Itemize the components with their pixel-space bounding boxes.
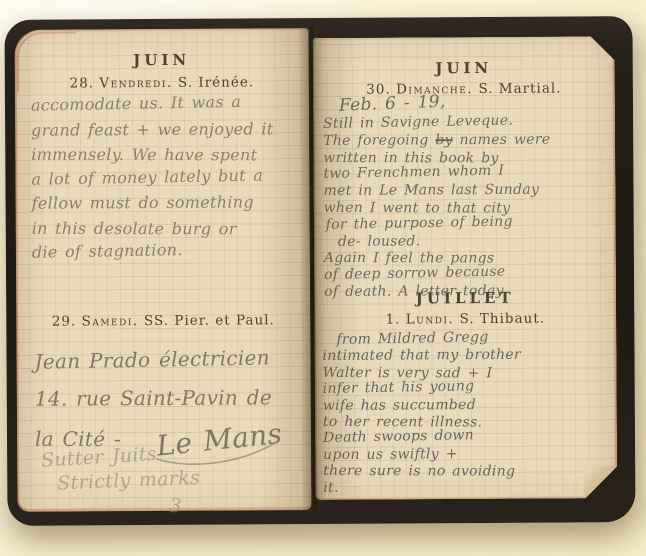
handwriting-line: of deep sorrow because: [324, 263, 552, 284]
handwriting-fragment: names were: [453, 131, 551, 148]
struck-out-word: by: [435, 132, 453, 148]
diary-book: JUIN 28. Vendredi. S. Irénée. accomodate…: [4, 16, 635, 526]
photo-background: JUIN 28. Vendredi. S. Irénée. accomodate…: [0, 0, 646, 556]
day-number: 1.: [386, 312, 401, 328]
saint-name: S. Thibaut.: [459, 311, 545, 328]
diary-page-right: JUIN 30. Dimanche. S. Martial. Feb. 6 - …: [313, 36, 618, 500]
day-name: Samedi.: [82, 313, 139, 329]
handwriting-line: Strictly marks: [57, 467, 201, 496]
handwritten-faint-notes: Sutter Juits Strictly marks 3: [41, 449, 200, 519]
handwritten-entry-june-29: Jean Prado électricien 14. rue Saint-Pav…: [34, 342, 281, 455]
month-heading-juillet: JUILLET: [314, 288, 616, 308]
handwriting-line: 14. rue Saint-Pavin de: [35, 379, 282, 418]
handwritten-entry-june-30: Still in Savigne Leveque. The foregoing …: [323, 115, 551, 301]
handwriting-line: Death swoops down: [323, 427, 522, 447]
handwriting-line: grand feast + we enjoyed it: [31, 117, 273, 143]
handwritten-entry-june-28: accomodate us. It was a grand feast + we…: [31, 92, 274, 265]
handwriting-line: wife has succumbed: [323, 396, 522, 414]
diary-page-left: JUIN 28. Vendredi. S. Irénée. accomodate…: [15, 28, 312, 512]
handwriting-line: de- loused.: [338, 232, 551, 250]
saint-name: SS. Pier. et Paul.: [144, 312, 275, 329]
handwriting-line: Jean Prado électricien: [34, 339, 281, 381]
handwriting-line-with-strikeout: The foregoing by names were: [323, 131, 550, 149]
month-heading-juin-left: JUIN: [15, 50, 309, 70]
handwriting-line: 3: [169, 495, 200, 519]
handwriting-line: a lot of money lately but a: [31, 163, 274, 192]
day-name: Vendredi.: [99, 75, 172, 91]
handwriting-line: accomodate us. It was a: [31, 89, 274, 118]
day-heading-july-1: 1. Lundi. S. Thibaut.: [314, 310, 616, 328]
handwriting-line: Still in Savigne Leveque.: [323, 112, 551, 133]
handwriting-line: it.: [323, 476, 522, 496]
handwriting-line: intimated that my brother: [322, 347, 521, 365]
handwritten-entry-july-1: from Mildred Gregg intimated that my bro…: [322, 331, 521, 496]
handwriting-line: die of stagnation.: [32, 236, 275, 265]
handwriting-line: met in Le Mans last Sunday: [323, 182, 550, 200]
day-heading-june-29: 29. Samedi. SS. Pier. et Paul.: [16, 312, 310, 330]
handwriting-line: from Mildred Gregg: [336, 329, 521, 349]
handwriting-line: fellow must do something: [32, 190, 274, 216]
day-number: 28.: [70, 75, 95, 91]
day-name: Lundi.: [406, 311, 455, 327]
handwriting-line: upon us swiftly +: [323, 446, 522, 464]
saint-name: S. Martial.: [478, 81, 561, 98]
saint-name: S. Irénée.: [178, 74, 254, 90]
handwriting-line: two Frenchmen whom I: [323, 162, 551, 183]
handwriting-line: infer that his young: [323, 378, 522, 398]
handwriting-line: for the purpose of being: [326, 213, 552, 234]
day-number: 29.: [52, 313, 77, 329]
handwriting-fragment: The foregoing: [323, 132, 435, 149]
handwritten-date: Feb. 6 - 19,: [339, 92, 446, 116]
month-heading-juin-right: JUIN: [313, 58, 615, 78]
